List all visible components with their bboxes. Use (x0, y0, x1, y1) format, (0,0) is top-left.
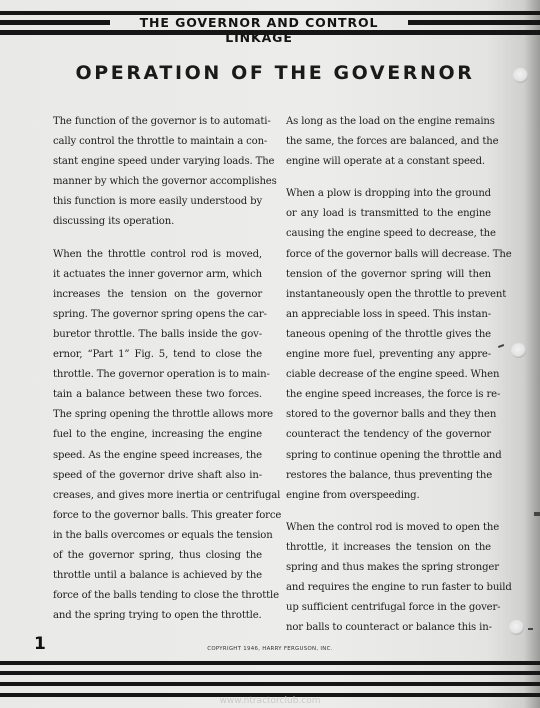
text-line: discussing its operation. (53, 212, 262, 232)
text-line: tension of the governor spring will then (286, 265, 491, 285)
text-line: fuel to the engine, increasing the engin… (53, 425, 262, 445)
text-line: stant engine speed under varying loads. … (53, 152, 262, 172)
binder-hole-icon (513, 68, 528, 83)
text-line: in the balls overcomes or equals the ten… (53, 526, 262, 546)
paragraph: When a plow is dropping into the groundo… (286, 184, 491, 506)
text-line: When the throttle control rod is moved, (53, 245, 262, 265)
text-line: throttle until a balance is achieved by … (53, 566, 262, 586)
text-line: When the control rod is moved to open th… (286, 518, 491, 538)
text-line: counteract the tendency of the governor (286, 425, 491, 445)
text-line: force to the governor balls. This greate… (53, 506, 262, 526)
pencil-mark (498, 344, 504, 347)
text-line: force of the balls tending to close the … (53, 586, 262, 606)
text-line: spring and thus makes the spring stronge… (286, 558, 491, 578)
header-rule-bottom (0, 30, 540, 35)
edge-mark (528, 628, 533, 630)
text-line: speed of the governor drive shaft also i… (53, 466, 262, 486)
text-line: causing the engine speed to decrease, th… (286, 224, 491, 244)
text-line: speed. As the engine speed increases, th… (53, 446, 262, 466)
text-line: ernor, “Part 1” Fig. 5, tend to close th… (53, 345, 262, 365)
text-line: taneous opening of the throttle gives th… (286, 325, 491, 345)
text-line: the engine speed increases, the force is… (286, 385, 491, 405)
watermark: www.ntractorclub.com (0, 696, 540, 706)
left-column: The function of the governor is to autom… (53, 112, 262, 626)
text-line: or any load is transmitted to the engine (286, 204, 491, 224)
text-line: an appreciable loss in speed. This insta… (286, 305, 491, 325)
header-rule-right (408, 20, 540, 25)
text-line: When a plow is dropping into the ground (286, 184, 491, 204)
text-line: throttle, it increases the tension on th… (286, 538, 491, 558)
text-line: force of the governor balls will decreas… (286, 245, 491, 265)
text-line: it actuates the inner governor arm, whic… (53, 265, 262, 285)
text-line: tain a balance between these two forces. (53, 385, 262, 405)
text-line: engine more fuel, preventing any appre- (286, 345, 491, 365)
text-line: buretor throttle. The balls inside the g… (53, 325, 262, 345)
text-line: manner by which the governor accomplishe… (53, 172, 262, 192)
text-line: spring to continue opening the throttle … (286, 446, 491, 466)
edge-mark (534, 512, 540, 516)
paragraph: When the control rod is moved to open th… (286, 518, 491, 639)
text-line: of the governor spring, thus closing the (53, 546, 262, 566)
paragraph: When the throttle control rod is moved,i… (53, 245, 262, 627)
text-line: The function of the governor is to autom… (53, 112, 262, 132)
text-line: stored to the governor balls and they th… (286, 405, 491, 425)
page-title: OPERATION OF THE GOVERNOR (0, 62, 540, 84)
footer-rule (0, 671, 540, 675)
text-line: The spring opening the throttle allows m… (53, 405, 262, 425)
text-line: throttle. The governor operation is to m… (53, 365, 262, 385)
binder-hole-icon (511, 343, 526, 358)
text-line: the same, the forces are balanced, and t… (286, 132, 491, 152)
text-line: up sufficient centrifugal force in the g… (286, 598, 491, 618)
text-line: spring. The governor spring opens the ca… (53, 305, 262, 325)
paragraph: The function of the governor is to autom… (53, 112, 262, 233)
text-line: ciable decrease of the engine speed. Whe… (286, 365, 491, 385)
text-line: increases the tension on the governor (53, 285, 262, 305)
text-line: nor balls to counteract or balance this … (286, 618, 491, 638)
right-column: As long as the load on the engine remain… (286, 112, 491, 638)
text-line: creases, and gives more inertia or centr… (53, 486, 262, 506)
binder-hole-icon (509, 620, 524, 635)
header-rule-left (0, 20, 110, 25)
text-line: restores the balance, thus preventing th… (286, 466, 491, 486)
paragraph: As long as the load on the engine remain… (286, 112, 491, 172)
text-line: As long as the load on the engine remain… (286, 112, 491, 132)
copyright-notice: COPYRIGHT 1946, HARRY FERGUSON, INC. (0, 646, 540, 652)
text-line: cally control the throttle to maintain a… (53, 132, 262, 152)
text-line: engine will operate at a constant speed. (286, 152, 491, 172)
text-line: instantaneously open the throttle to pre… (286, 285, 491, 305)
text-line: engine from overspeeding. (286, 486, 491, 506)
footer-rule (0, 682, 540, 686)
text-line: and requires the engine to run faster to… (286, 578, 491, 598)
footer-rule (0, 661, 540, 665)
text-line: this function is more easily understood … (53, 192, 262, 212)
text-line: and the spring trying to open the thrott… (53, 606, 262, 626)
